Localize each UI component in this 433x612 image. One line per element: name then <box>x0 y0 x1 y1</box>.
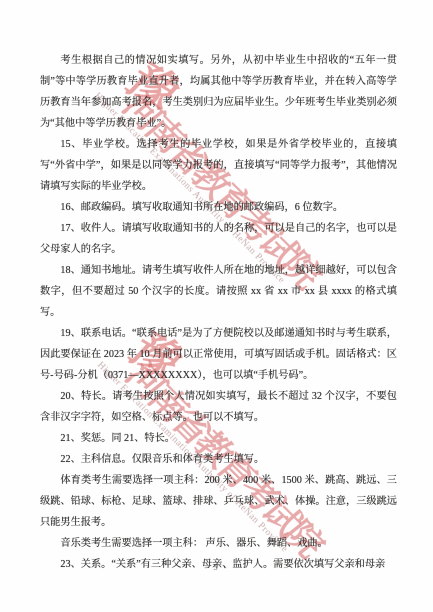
page-body-text: 考生根据自己的情况如实填写。另外，从初中毕业生中招收的“五年一贯制”等中等学历教… <box>40 50 397 575</box>
paragraph-item-20: 20、特长。请考生按照个人情况如实填写，最长不超过 32 个汉字，不要包含非汉字… <box>40 386 397 428</box>
paragraph-sports-majors: 体育类考生需要选择一项主科：200 米、400 米、1500 米、跳高、跳远、三… <box>40 470 397 533</box>
document-page: 豫 河南省教育考试院 Higher Education Examinations… <box>0 0 433 612</box>
paragraph-item-17: 17、收件人。请填写收取通知书的人的名称，可以是自己的名字，也可以是父母家人的名… <box>40 218 397 260</box>
paragraph-item-22: 22、主科信息。仅限音乐和体育类考生填写。 <box>40 449 397 470</box>
paragraph-music-majors: 音乐类考生需要选择一项主科： 声乐、器乐、舞蹈、戏曲。 <box>40 533 397 554</box>
paragraph-item-19: 19、联系电话。“联系电话”是为了方便院校以及邮递通知书时与考生联系，因此要保证… <box>40 323 397 386</box>
paragraph-item-21: 21、奖惩。同 21、特长。 <box>40 428 397 449</box>
paragraph-item-16: 16、邮政编码。填写收取通知书所在地的邮政编码，6 位数字。 <box>40 197 397 218</box>
paragraph-item-18: 18、通知书地址。请考生填写收件人所在地的地址，越详细越好，可以包含数字，但不要… <box>40 260 397 323</box>
page-number: - 5 - <box>0 562 433 572</box>
paragraph-item-15: 15、毕业学校。选择考生的毕业学校，如果是外省学校毕业的，直接填写“外省中学”，… <box>40 134 397 197</box>
paragraph-intro: 考生根据自己的情况如实填写。另外，从初中毕业生中招收的“五年一贯制”等中等学历教… <box>40 50 397 134</box>
